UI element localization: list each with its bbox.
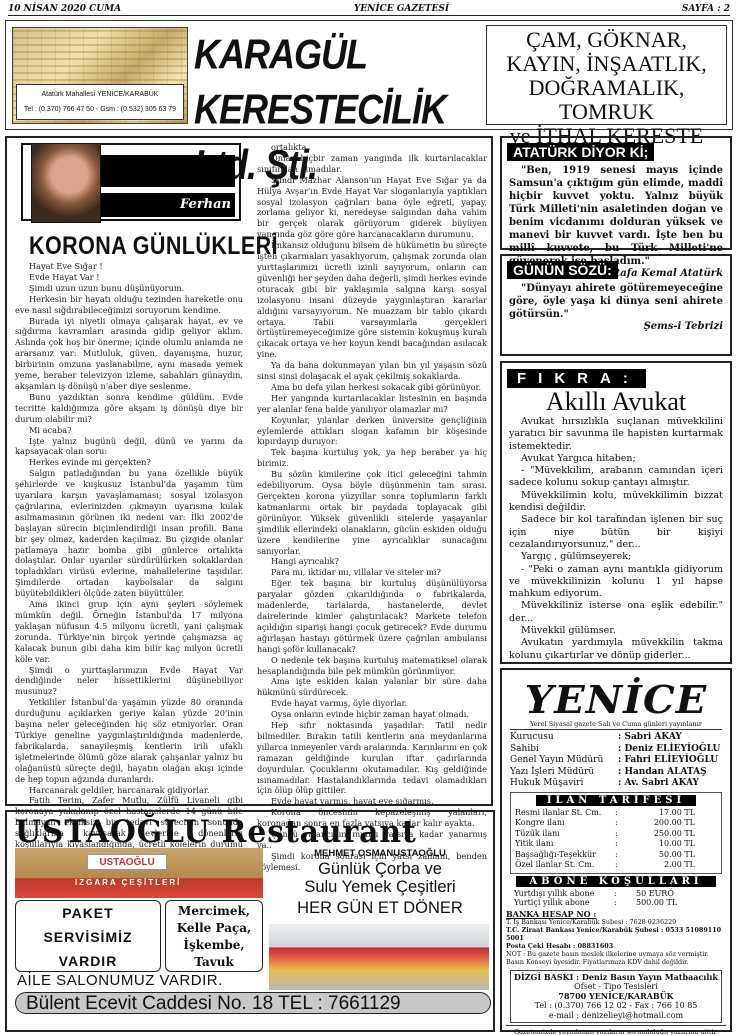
joke-heading: FIKRA:: [507, 369, 646, 388]
list-item: Resmi ilanlar St. Cm.:17.00 TL: [515, 808, 717, 819]
paragraph: Şimdi Mazhar Alanson'un Hayat Eve Sığar …: [257, 175, 487, 240]
paragraph: Avukatın yardımıyla müvekkilin takma kol…: [509, 637, 723, 662]
paragraph: Para mı, iktidar mı, villalar ve siteler…: [257, 567, 487, 578]
paragraph: Müvekkil gülümser.: [509, 625, 723, 637]
ad-rates: İLAN TARİFESİ Resmi ilanlar St. Cm.:17.0…: [510, 792, 722, 874]
paragraph: Müvekkiliniz isterse ona eşlik edebilir.…: [509, 600, 723, 625]
paragraph: O nedenle tek başına kurtuluş matematiks…: [257, 655, 487, 677]
joke-title: Akıllı Avukat: [502, 388, 730, 416]
paragraph: Evde hayat varmış, öyle diyorlar.: [257, 698, 487, 709]
paragraph: Evde Hayat Var !: [15, 272, 243, 283]
paragraph: Hep sıfır noktasında yaşadılar: Tatil ne…: [257, 720, 487, 796]
ataturk-heading: ATATÜRK DİYOR Kİ;: [507, 143, 654, 161]
paragraph: Herkesin bir hayatı olduğu tezinden hare…: [15, 294, 243, 316]
paragraph: Mi acaba?: [15, 425, 243, 436]
paragraph: Şimdi o yurttaşlarımızın Evde Hayat Var …: [15, 665, 243, 698]
paper-name: YENİCE GAZETESİ: [354, 4, 449, 14]
family-hall-note: AİLE SALONUMUZ VARDIR.: [17, 972, 223, 989]
paragraph: Yargıç , gülümseyerek;: [509, 551, 723, 563]
paragraph: - "Peki o zaman aynı mantıkla gidiyorum …: [509, 564, 723, 601]
quote-of-day-box: GÜNÜN SÖZÜ: "Dünyayı ahirete götüremeyec…: [500, 254, 732, 356]
issue-date: 10 NİSAN 2020 CUMA: [8, 4, 121, 14]
doner-counter-photo: [269, 924, 489, 990]
paragraph: Ama bu defa yılan herkesi sokacak gibi g…: [257, 382, 487, 393]
paragraph: Burada iyi niyetli olmaya çalışarak haya…: [15, 316, 243, 392]
storefront-photo: USTAOĞLU IZGARA ÇEŞİTLERİ: [15, 848, 263, 898]
restaurant-ad: USTAOĞLU Restaurant USTAOĞLU IZGARA ÇEŞİ…: [5, 810, 495, 1032]
yenice-logo: YENİCE: [496, 680, 735, 720]
paragraph: Yetkililer İstanbul'da yaşamın yüzde 80 …: [15, 697, 243, 784]
list-item: Tüzük ilanı:250.00 TL: [515, 829, 717, 840]
list-item: Kurucusu: Sabri AKAY: [510, 732, 722, 744]
paragraph: Avukat Yargıca hitaben;: [509, 453, 723, 465]
paragraph: Sadece bir kol tarafından işlenen bir su…: [509, 514, 723, 551]
ad-rates-heading: İLAN TARİFESİ: [536, 795, 696, 806]
joke-body: Avukat hırsızlıkla suçlanan müvekkilini …: [502, 416, 730, 662]
paragraph: Ama işte eskiden kalan yalanlar bir süre…: [257, 676, 487, 698]
article-body-right: ortalıkta.Onlar hiçbir zaman yangında il…: [257, 142, 487, 873]
paragraph: Oysa onların evinde hiçbir zaman hayat o…: [257, 709, 487, 720]
paragraph: Hayat Eve Sığar !: [15, 261, 243, 272]
restaurant-title: USTAOĞLU Restaurant: [15, 814, 417, 850]
paragraph: Ya da bana dokunmayan yılan bin yıl yaşa…: [257, 360, 487, 382]
restaurant-details: MEHMET OSMANUSTAOĞLU Günlük Çorba ve Sul…: [267, 848, 493, 917]
product-list: ÇAM, GÖKNAR, KAYIN, İNŞAATLIK, DOĞRAMALI…: [486, 25, 727, 125]
author-name: Ferhan ŞAYLIMAN: [101, 193, 235, 217]
paragraph: Salgın patladığından bu yana özellikle b…: [15, 468, 243, 599]
page-number: SAYFA : 2: [682, 4, 730, 14]
staff-list: Kurucusu: Sabri AKAYSahibi: Deniz ELİEYİ…: [502, 732, 730, 790]
list-item: Yazı İşleri Müdürü: Handan ALATAŞ: [510, 767, 722, 779]
list-item: Sahibi: Deniz ELİEYİOĞLU: [510, 744, 722, 756]
ataturk-quote-box: ATATÜRK DİYOR Kİ; "Ben, 1919 senesi mayı…: [500, 136, 732, 250]
paragraph: - "Müvekkilim, arabanın camından içeri s…: [509, 465, 723, 490]
paragraph: Ama ikinci grup için aynı şeyleri söylem…: [15, 599, 243, 664]
disclaimer: Gazetemizde yayınlanan yazıların sorumlu…: [506, 1025, 726, 1035]
paragraph: Şimdi uzun uzun bunu düşünüyorum.: [15, 283, 243, 294]
subscription-list: Yurtdışı yıllık abone:50 EUROYurtiçi yıl…: [502, 889, 730, 908]
soup-menu: Mercimek,Kelle Paça,İşkembe,Tavuk: [165, 900, 263, 972]
article-title: KORONA GÜNLÜKLERİ: [29, 232, 278, 261]
subscription-heading: ABONE KOŞULLARI: [516, 876, 716, 887]
bank-info: BANKA HESAP NO : T. İş Bankası Yenice/Ka…: [502, 908, 730, 968]
list-item: Özel ilanlar St. Cm.:2.00 TL: [515, 860, 717, 871]
paragraph: Bu sözün kimilerine çok itici geleceğini…: [257, 469, 487, 556]
list-item: Yitik ilanı:10.00 TL: [515, 839, 717, 850]
paragraph: ortalıkta.: [257, 142, 487, 153]
quote-of-day-text: "Dünyayı ahirete götüremeyeceğine göre, …: [509, 282, 723, 321]
quote-of-day-author: Şems-i Tebrizi: [502, 321, 730, 332]
paragraph: Hangi ayrıcalık?: [257, 556, 487, 567]
column-article: Ferhan ŞAYLIMAN KORONA GÜNLÜKLERİ Hayat …: [5, 136, 493, 806]
list-item: Kongre ilanı:200.00 TL: [515, 818, 717, 829]
paragraph: Harcanarak geldiler, harcanarak gidiyorl…: [15, 785, 243, 796]
print-info: DİZGİ BASKI : Deniz Basın Yayın Matbaacı…: [510, 970, 722, 1024]
paragraph: İmkansız olduğunu bilsem de hükümetin bu…: [257, 240, 487, 360]
joke-box: FIKRA: Akıllı Avukat Avukat hırsızlıkla …: [500, 361, 732, 664]
paragraph: Koyunlar, yılanlar derken üniversite gen…: [257, 415, 487, 448]
paragraph: Onlar hiçbir zaman yangında ilk kurtarıl…: [257, 153, 487, 175]
list-item: Hukuk Müşaviri: Av. Sabri AKAY: [510, 778, 722, 790]
ataturk-quote: "Ben, 1919 senesi mayıs içinde Samsun'a …: [509, 164, 723, 268]
paragraph: Müvekkilimin kolu, müvekkilimin bizzat k…: [509, 490, 723, 515]
masthead-box: YENİCE Yerel Siyasal gazete Salı ve Cuma…: [500, 668, 732, 1032]
list-item: Genel Yayın Müdürü: Fahri ELİEYİOĞLU: [510, 755, 722, 767]
paragraph: Evde hayat varmış, hayat eve sığarmış.: [257, 796, 487, 807]
quote-of-day-heading: GÜNÜN SÖZÜ:: [507, 261, 618, 279]
page-header: 10 NİSAN 2020 CUMA YENİCE GAZETESİ SAYFA…: [8, 4, 730, 16]
list-item: Başsağlığı-Teşekkür:50.00 TL: [515, 850, 717, 861]
author-banner: Ferhan ŞAYLIMAN: [21, 143, 241, 221]
paragraph: Eğer tek başına bir kurtuluş düşünülüyor…: [257, 578, 487, 654]
article-body-left: Hayat Eve Sığar !Evde Hayat Var !Şimdi u…: [15, 261, 243, 883]
author-photo: [31, 143, 101, 223]
list-item: Yurtdışı yıllık abone:50 EURO: [514, 889, 718, 899]
paragraph: Her yangında kurtarılacaklar listesinin …: [257, 393, 487, 415]
list-item: Yurtiçi yıllık abone:500.00 TL: [514, 898, 718, 908]
paragraph: İşte yalnız bugünü değil, dünü ve yarını…: [15, 436, 243, 458]
restaurant-address: Bülent Ecevit Caddesi No. 18 TEL : 76611…: [15, 992, 491, 1014]
lumber-photo: Atatürk Mahallesi YENİCE/KARABÜK Tel : (…: [12, 27, 188, 124]
paragraph: Herkes evinde mi gerçekten?: [15, 457, 243, 468]
karagul-ad: Atatürk Mahallesi YENİCE/KARABÜK Tel : (…: [5, 20, 733, 130]
delivery-badge: PAKETSERVİSİMİZVARDIR: [15, 900, 161, 972]
paragraph: Avukat hırsızlıkla suçlanan müvekkilini …: [509, 416, 723, 453]
paragraph: Bunu yazdıktan sonra kendime güldüm. Evd…: [15, 392, 243, 425]
paragraph: Tek başına kurtuluş yok, ya hep beraber …: [257, 447, 487, 469]
ad-address: Atatürk Mahallesi YENİCE/KARABÜK Tel : (…: [16, 84, 184, 120]
